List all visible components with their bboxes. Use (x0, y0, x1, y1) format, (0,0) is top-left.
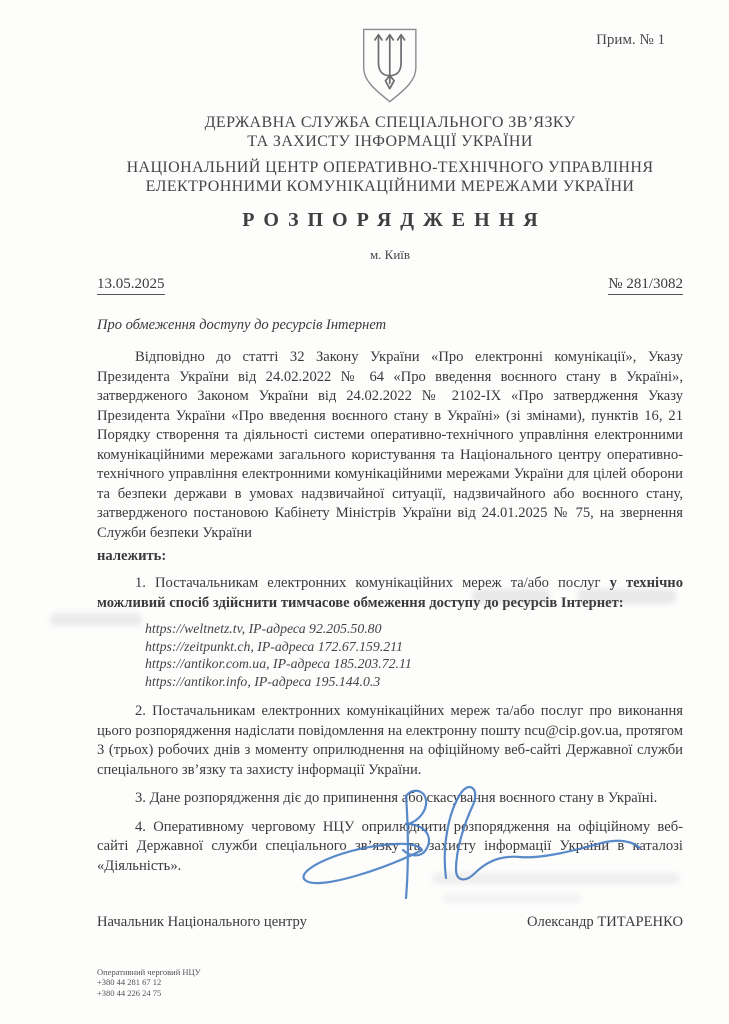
agency-name-line2: ТА ЗАХИСТУ ІНФОРМАЦІЇ УКРАЇНИ (97, 132, 683, 151)
scan-bleed-artifact (472, 589, 676, 604)
item-3-paragraph: 3. Дане розпорядження діє до припинення … (97, 789, 683, 809)
item-4-paragraph: 4. Оперативному черговому НЦУ оприлюднит… (97, 818, 683, 877)
directive-word: належить: (97, 548, 683, 565)
signer-position: Начальник Національного центру (97, 914, 307, 931)
center-name-line2: ЕЛЕКТРОННИМИ КОМУНІКАЦІЙНИМИ МЕРЕЖАМИ УК… (97, 177, 683, 196)
document-header: ДЕРЖАВНА СЛУЖБА СПЕЦІАЛЬНОГО ЗВ’ЯЗКУ ТА … (97, 26, 683, 263)
document-subject: Про обмеження доступу до ресурсів Інтерн… (97, 317, 683, 334)
scan-bleed-artifact (50, 613, 142, 626)
document-date: 13.05.2025 (97, 276, 165, 295)
blocked-resources-list: https://weltnetz.tv, IP-адреса 92.205.50… (145, 620, 683, 690)
resource-item: https://weltnetz.tv, IP-адреса 92.205.50… (145, 620, 683, 638)
city-label: м. Київ (97, 247, 683, 263)
document-page: Прим. № 1 ДЕРЖАВНА СЛУЖБА СПЕЦІАЛЬНОГО З… (0, 0, 729, 1024)
resource-item: https://antikor.info, IP-адреса 195.144.… (145, 673, 683, 691)
document-number: № 281/3082 (608, 276, 683, 295)
ukraine-trident-emblem-icon (355, 26, 425, 106)
signature-block: Начальник Національного центру Олександр… (97, 914, 683, 931)
scan-bleed-artifact (442, 894, 582, 903)
preamble-paragraph: Відповідно до статті 32 Закону України «… (97, 348, 683, 543)
footer-duty-officer: Оперативний черговий НЦУ (97, 967, 201, 978)
center-name-line1: НАЦІОНАЛЬНИЙ ЦЕНТР ОПЕРАТИВНО-ТЕХНІЧНОГО… (97, 158, 683, 177)
center-name: НАЦІОНАЛЬНИЙ ЦЕНТР ОПЕРАТИВНО-ТЕХНІЧНОГО… (97, 158, 683, 196)
footer-contact-block: Оперативний черговий НЦУ +380 44 281 67 … (97, 967, 201, 999)
resource-item: https://antikor.com.ua, IP-адреса 185.20… (145, 655, 683, 673)
footer-phone-1: +380 44 281 67 12 (97, 977, 201, 988)
resource-item: https://zeitpunkt.ch, IP-адреса 172.67.1… (145, 638, 683, 656)
agency-name: ДЕРЖАВНА СЛУЖБА СПЕЦІАЛЬНОГО ЗВ’ЯЗКУ ТА … (97, 113, 683, 151)
footer-phone-2: +380 44 226 24 75 (97, 988, 201, 999)
date-number-row: 13.05.2025 № 281/3082 (97, 276, 683, 295)
scan-bleed-artifact (432, 873, 680, 884)
document-content: ДЕРЖАВНА СЛУЖБА СПЕЦІАЛЬНОГО ЗВ’ЯЗКУ ТА … (97, 26, 683, 931)
agency-name-line1: ДЕРЖАВНА СЛУЖБА СПЕЦІАЛЬНОГО ЗВ’ЯЗКУ (97, 113, 683, 132)
item-2-paragraph: 2. Постачальникам електронних комунікаці… (97, 702, 683, 780)
signer-name: Олександр ТИТАРЕНКО (527, 914, 683, 931)
document-type-title: РОЗПОРЯДЖЕННЯ (97, 209, 683, 232)
